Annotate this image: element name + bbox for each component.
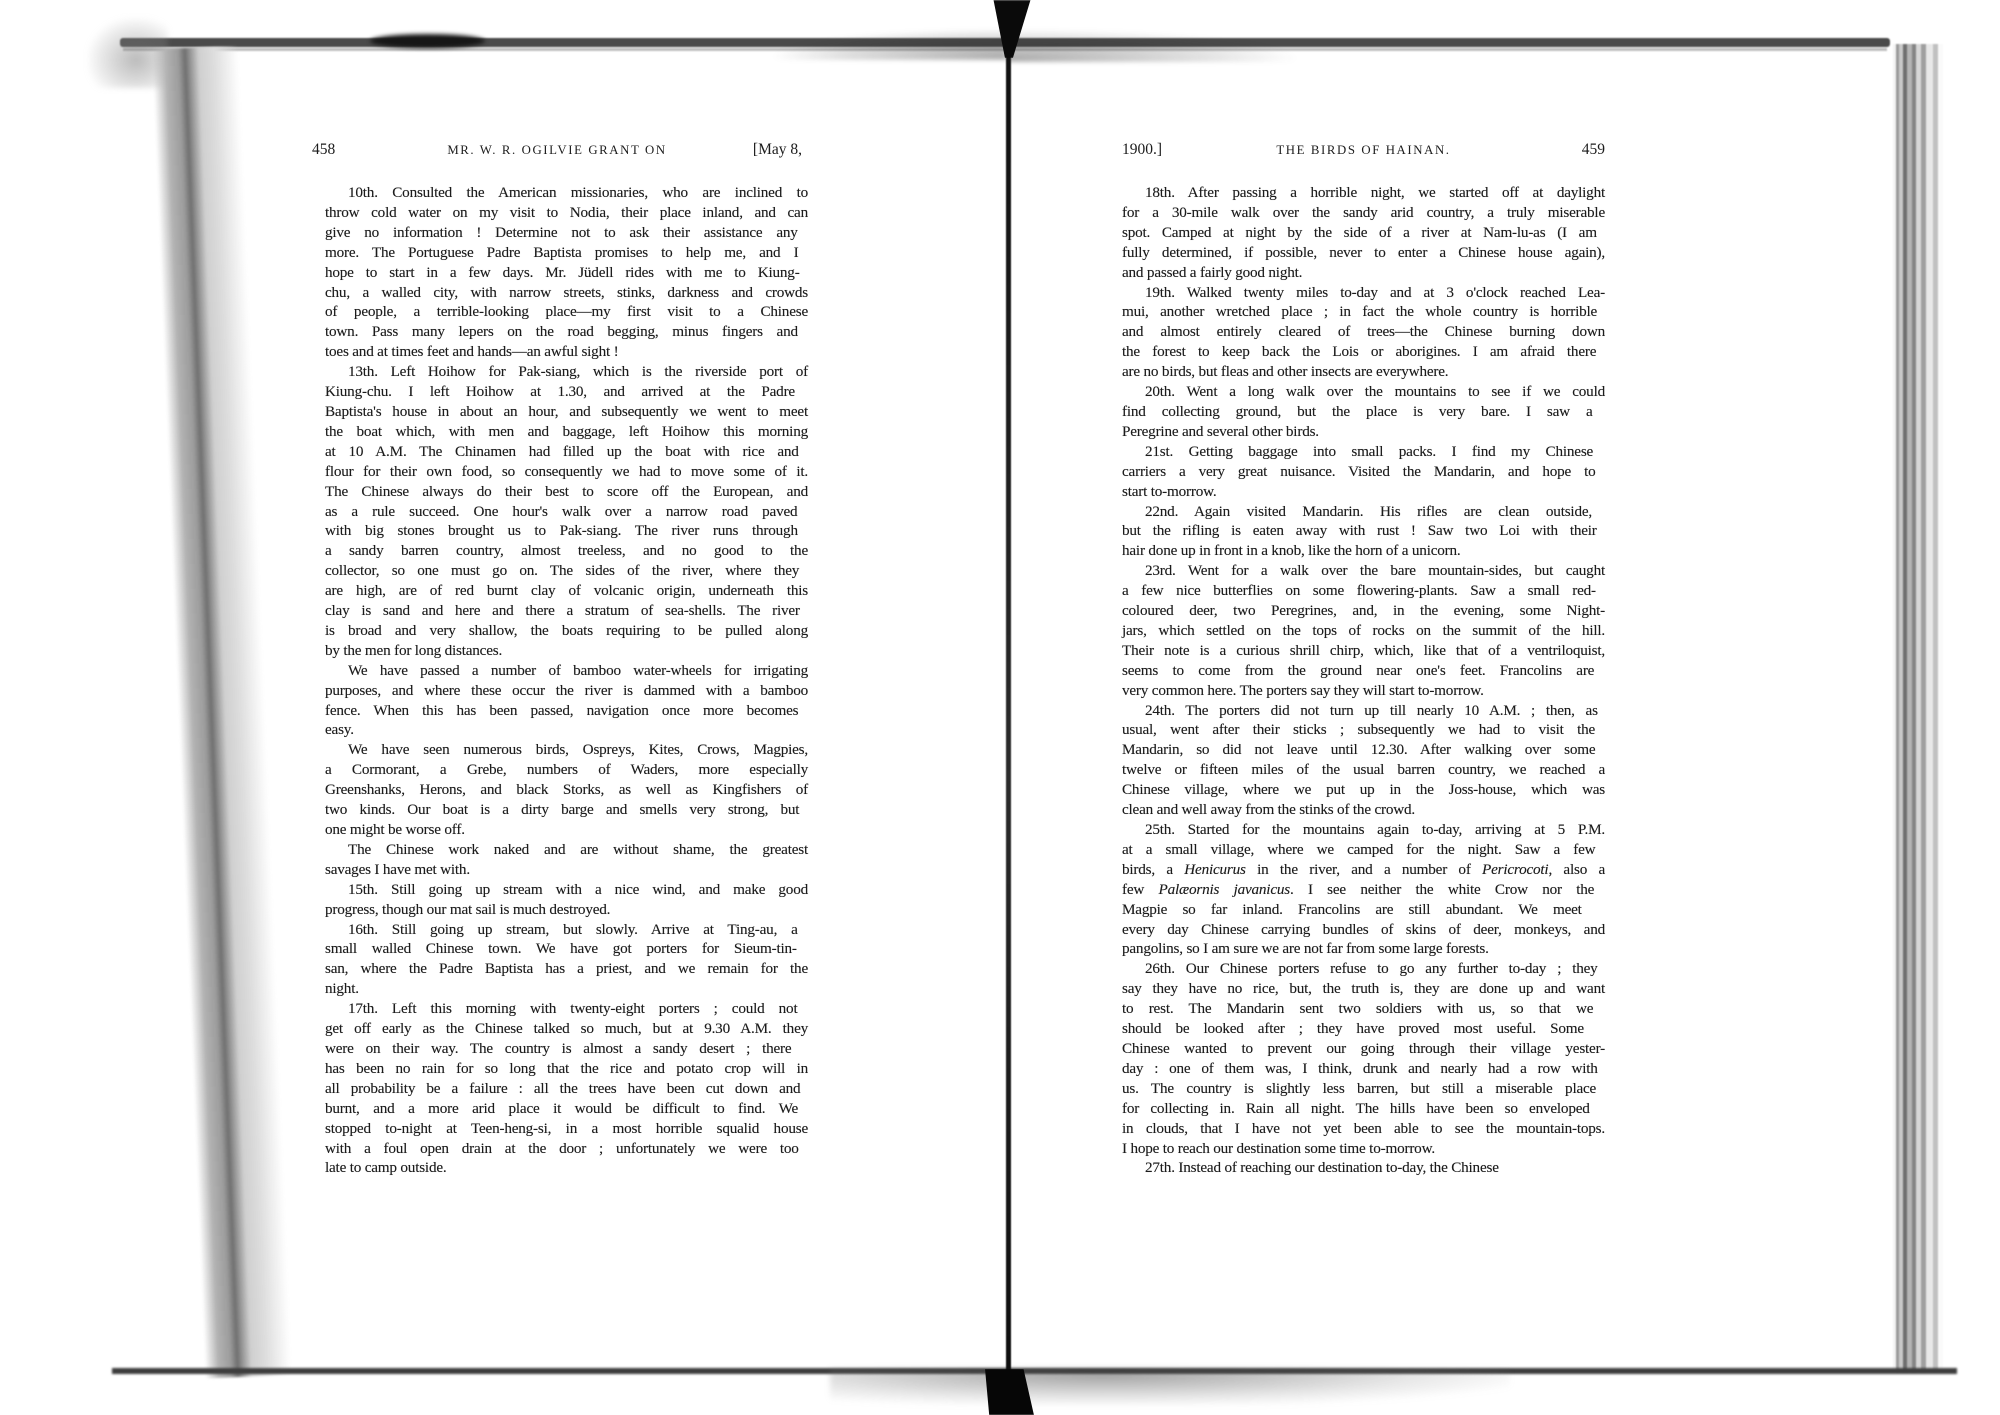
- text-line: 26th. Our Chinese porters refuse to go a…: [1122, 960, 1605, 980]
- text-line: 19th. Walked twenty miles to-day and at …: [1122, 284, 1605, 304]
- text-line: Kiung-chu. I left Hoihow at 1.30, and ar…: [325, 383, 808, 403]
- text-line: small walled Chinese town. We have got p…: [325, 940, 808, 960]
- paragraph: 15th. Still going up stream with a nice …: [325, 881, 808, 921]
- text-line: 20th. Went a long walk over the mountain…: [1122, 383, 1605, 403]
- text-line: 18th. After passing a horrible night, we…: [1122, 184, 1605, 204]
- text-line: progress, though our mat sail is much de…: [325, 901, 808, 921]
- text-line: by the men for long distances.: [325, 642, 808, 662]
- text-line: savages I have met with.: [325, 861, 808, 881]
- text-line: in clouds, that I have not yet been able…: [1122, 1120, 1605, 1140]
- text-line: We have seen numerous birds, Ospreys, Ki…: [325, 741, 808, 761]
- text-line: Magpie so far inland. Francolins are sti…: [1122, 901, 1605, 921]
- text-line: usual, went after their sticks ; subsequ…: [1122, 721, 1605, 741]
- book-bottom-shadow: [830, 1369, 1510, 1405]
- text-line: collector, so one must go on. The sides …: [325, 562, 808, 582]
- text-line: as a rule succeed. One hour's walk over …: [325, 503, 808, 523]
- text-line: with a foul open drain at the door ; unf…: [325, 1140, 808, 1160]
- text-line: stopped to-night at Teen-heng-si, in a m…: [325, 1120, 808, 1140]
- text-line: toes and at times feet and hands—an awfu…: [325, 343, 808, 363]
- text-line: one might be worse off.: [325, 821, 808, 841]
- text-line: 22nd. Again visited Mandarin. His rifles…: [1122, 503, 1605, 523]
- page-curl-shadow-right: [1008, 24, 1318, 62]
- text-line: and passed a fairly good night.: [1122, 264, 1605, 284]
- text-line: 17th. Left this morning with twenty-eigh…: [325, 1000, 808, 1020]
- text-line: has been no rain for so long that the ri…: [325, 1060, 808, 1080]
- text-line: but the rifling is eaten away with rust …: [1122, 522, 1605, 542]
- paragraph: 21st. Getting baggage into small packs. …: [1122, 443, 1605, 503]
- text-line: more. The Portuguese Padre Baptista prom…: [325, 244, 808, 264]
- text-line: spot. Camped at night by the side of a r…: [1122, 224, 1605, 244]
- text-line: throw cold water on my visit to Nodia, t…: [325, 204, 808, 224]
- right-page-header: 1900.] THE BIRDS OF HAINAN. 459: [1122, 141, 1605, 159]
- paragraph: 10th. Consulted the American missionarie…: [325, 184, 808, 363]
- text-line: The Chinese work naked and are without s…: [325, 841, 808, 861]
- paragraph: 26th. Our Chinese porters refuse to go a…: [1122, 960, 1605, 1159]
- text-line: Greenshanks, Herons, and black Storks, a…: [325, 781, 808, 801]
- book-spine-gutter: [1006, 48, 1011, 1372]
- paragraph: 22nd. Again visited Mandarin. His rifles…: [1122, 503, 1605, 563]
- text-line: purposes, and where these occur the rive…: [325, 682, 808, 702]
- paragraph: 19th. Walked twenty miles to-day and at …: [1122, 284, 1605, 384]
- paragraph: We have seen numerous birds, Ospreys, Ki…: [325, 741, 808, 841]
- page-stack-fore-edge: [1893, 44, 1943, 1372]
- text-line: seems to come from the ground near one's…: [1122, 662, 1605, 682]
- text-line: give no information ! Determine not to a…: [325, 224, 808, 244]
- text-line: We have passed a number of bamboo water-…: [325, 662, 808, 682]
- paragraph: 20th. Went a long walk over the mountain…: [1122, 383, 1605, 443]
- text-line: 24th. The porters did not turn up till n…: [1122, 702, 1605, 722]
- text-line: is broad and very shallow, the boats req…: [325, 622, 808, 642]
- left-running-title: MR. W. R. OGILVIE GRANT ON: [447, 141, 666, 158]
- paragraph: 27th. Instead of reaching our destinatio…: [1122, 1159, 1605, 1179]
- text-line: san, where the Padre Baptista has a prie…: [325, 960, 808, 980]
- left-page-header: 458 MR. W. R. OGILVIE GRANT ON [May 8,: [312, 141, 802, 159]
- text-line: were on their way. The country is almost…: [325, 1040, 808, 1060]
- text-line: 25th. Started for the mountains again to…: [1122, 821, 1605, 841]
- text-line: mui, another wretched place ; in fact th…: [1122, 303, 1605, 323]
- text-line: a few nice butterflies on some flowering…: [1122, 582, 1605, 602]
- text-line: day : one of them was, I think, drunk an…: [1122, 1060, 1605, 1080]
- text-line: Baptista's house in about an hour, and s…: [325, 403, 808, 423]
- text-line: 21st. Getting baggage into small packs. …: [1122, 443, 1605, 463]
- text-line: birds, a Henicurus in the river, and a n…: [1122, 861, 1605, 881]
- text-line: to rest. The Mandarin sent two soldiers …: [1122, 1000, 1605, 1020]
- left-header-date: [May 8,: [753, 141, 802, 159]
- right-header-year: 1900.]: [1122, 141, 1162, 159]
- text-line: of people, a terrible-looking place—my f…: [325, 303, 808, 323]
- text-line: pangolins, so I am sure we are not far f…: [1122, 940, 1605, 960]
- right-page-number: 459: [1582, 141, 1605, 159]
- text-line: fully determined, if possible, never to …: [1122, 244, 1605, 264]
- text-line: are high, are of red burnt clay of volca…: [325, 582, 808, 602]
- text-line: for a 30-mile walk over the sandy arid c…: [1122, 204, 1605, 224]
- text-line: Peregrine and several other birds.: [1122, 423, 1605, 443]
- text-line: The Chinese always do their best to scor…: [325, 483, 808, 503]
- text-line: clay is sand and here and there a stratu…: [325, 602, 808, 622]
- text-line: 15th. Still going up stream with a nice …: [325, 881, 808, 901]
- text-line: us. The country is slightly less barren,…: [1122, 1080, 1605, 1100]
- right-page-body: 18th. After passing a horrible night, we…: [1122, 184, 1605, 1179]
- text-line: 10th. Consulted the American missionarie…: [325, 184, 808, 204]
- text-line: get off early as the Chinese talked so m…: [325, 1020, 808, 1040]
- text-line: coloured deer, two Peregrines, and, in t…: [1122, 602, 1605, 622]
- paragraph: 18th. After passing a horrible night, we…: [1122, 184, 1605, 284]
- text-line: flour for their own food, so consequentl…: [325, 463, 808, 483]
- text-line: fence. When this has been passed, naviga…: [325, 702, 808, 722]
- paragraph: 25th. Started for the mountains again to…: [1122, 821, 1605, 960]
- text-line: carriers a very great nuisance. Visited …: [1122, 463, 1605, 483]
- page-stack-left-edge: [152, 46, 291, 1378]
- paragraph: 23rd. Went for a walk over the bare moun…: [1122, 562, 1605, 701]
- text-line: start to-morrow.: [1122, 483, 1605, 503]
- paragraph: 13th. Left Hoihow for Pak-siang, which i…: [325, 363, 808, 662]
- right-running-title: THE BIRDS OF HAINAN.: [1276, 141, 1450, 158]
- text-line: Chinese village, where we put up in the …: [1122, 781, 1605, 801]
- text-line: every day Chinese carrying bundles of sk…: [1122, 921, 1605, 941]
- text-line: very common here. The porters say they w…: [1122, 682, 1605, 702]
- left-page-number: 458: [312, 141, 335, 159]
- text-line: with big stones brought us to Pak-siang.…: [325, 522, 808, 542]
- text-line: Mandarin, so did not leave until 12.30. …: [1122, 741, 1605, 761]
- text-line: a sandy barren country, almost treeless,…: [325, 542, 808, 562]
- text-line: few Palæornis javanicus. I see neither t…: [1122, 881, 1605, 901]
- text-line: easy.: [325, 721, 808, 741]
- text-line: say they have no rice, but, the truth is…: [1122, 980, 1605, 1000]
- paragraph: The Chinese work naked and are without s…: [325, 841, 808, 881]
- text-line: all probability be a failure : all the t…: [325, 1080, 808, 1100]
- text-line: night.: [325, 980, 808, 1000]
- text-line: 27th. Instead of reaching our destinatio…: [1122, 1159, 1605, 1179]
- text-line: are no birds, but fleas and other insect…: [1122, 363, 1605, 383]
- book-top-edge-smudge: [370, 34, 485, 48]
- text-line: two kinds. Our boat is a dirty barge and…: [325, 801, 808, 821]
- text-line: Their note is a curious shrill chirp, wh…: [1122, 642, 1605, 662]
- text-line: late to camp outside.: [325, 1159, 808, 1179]
- text-line: twelve or fifteen miles of the usual bar…: [1122, 761, 1605, 781]
- text-line: the boat which, with men and baggage, le…: [325, 423, 808, 443]
- text-line: clean and well away from the stinks of t…: [1122, 801, 1605, 821]
- paragraph: We have passed a number of bamboo water-…: [325, 662, 808, 742]
- left-page-body: 10th. Consulted the American missionarie…: [325, 184, 808, 1179]
- text-line: Chinese wanted to prevent our going thro…: [1122, 1040, 1605, 1060]
- text-line: burnt, and a more arid place it would be…: [325, 1100, 808, 1120]
- text-line: jars, which settled on the tops of rocks…: [1122, 622, 1605, 642]
- paragraph: 24th. The porters did not turn up till n…: [1122, 702, 1605, 821]
- paragraph: 16th. Still going up stream, but slowly.…: [325, 921, 808, 1001]
- text-line: hope to start in a few days. Mr. Jüdell …: [325, 264, 808, 284]
- text-line: at 10 A.M. The Chinamen had filled up th…: [325, 443, 808, 463]
- text-line: at a small village, where we camped for …: [1122, 841, 1605, 861]
- text-line: chu, a walled city, with narrow streets,…: [325, 284, 808, 304]
- text-line: should be looked after ; they have prove…: [1122, 1020, 1605, 1040]
- text-line: 16th. Still going up stream, but slowly.…: [325, 921, 808, 941]
- paragraph: 17th. Left this morning with twenty-eigh…: [325, 1000, 808, 1179]
- text-line: town. Pass many lepers on the road beggi…: [325, 323, 808, 343]
- text-line: I hope to reach our destination some tim…: [1122, 1140, 1605, 1160]
- text-line: for collecting in. Rain all night. The h…: [1122, 1100, 1605, 1120]
- page-curl-shadow-left: [756, 24, 1006, 60]
- text-line: a Cormorant, a Grebe, numbers of Waders,…: [325, 761, 808, 781]
- text-line: 13th. Left Hoihow for Pak-siang, which i…: [325, 363, 808, 383]
- text-line: the forest to keep back the Lois or abor…: [1122, 343, 1605, 363]
- text-line: 23rd. Went for a walk over the bare moun…: [1122, 562, 1605, 582]
- text-line: hair done up in front in a knob, like th…: [1122, 542, 1605, 562]
- text-line: and almost entirely cleared of trees—the…: [1122, 323, 1605, 343]
- text-line: find collecting ground, but the place is…: [1122, 403, 1605, 423]
